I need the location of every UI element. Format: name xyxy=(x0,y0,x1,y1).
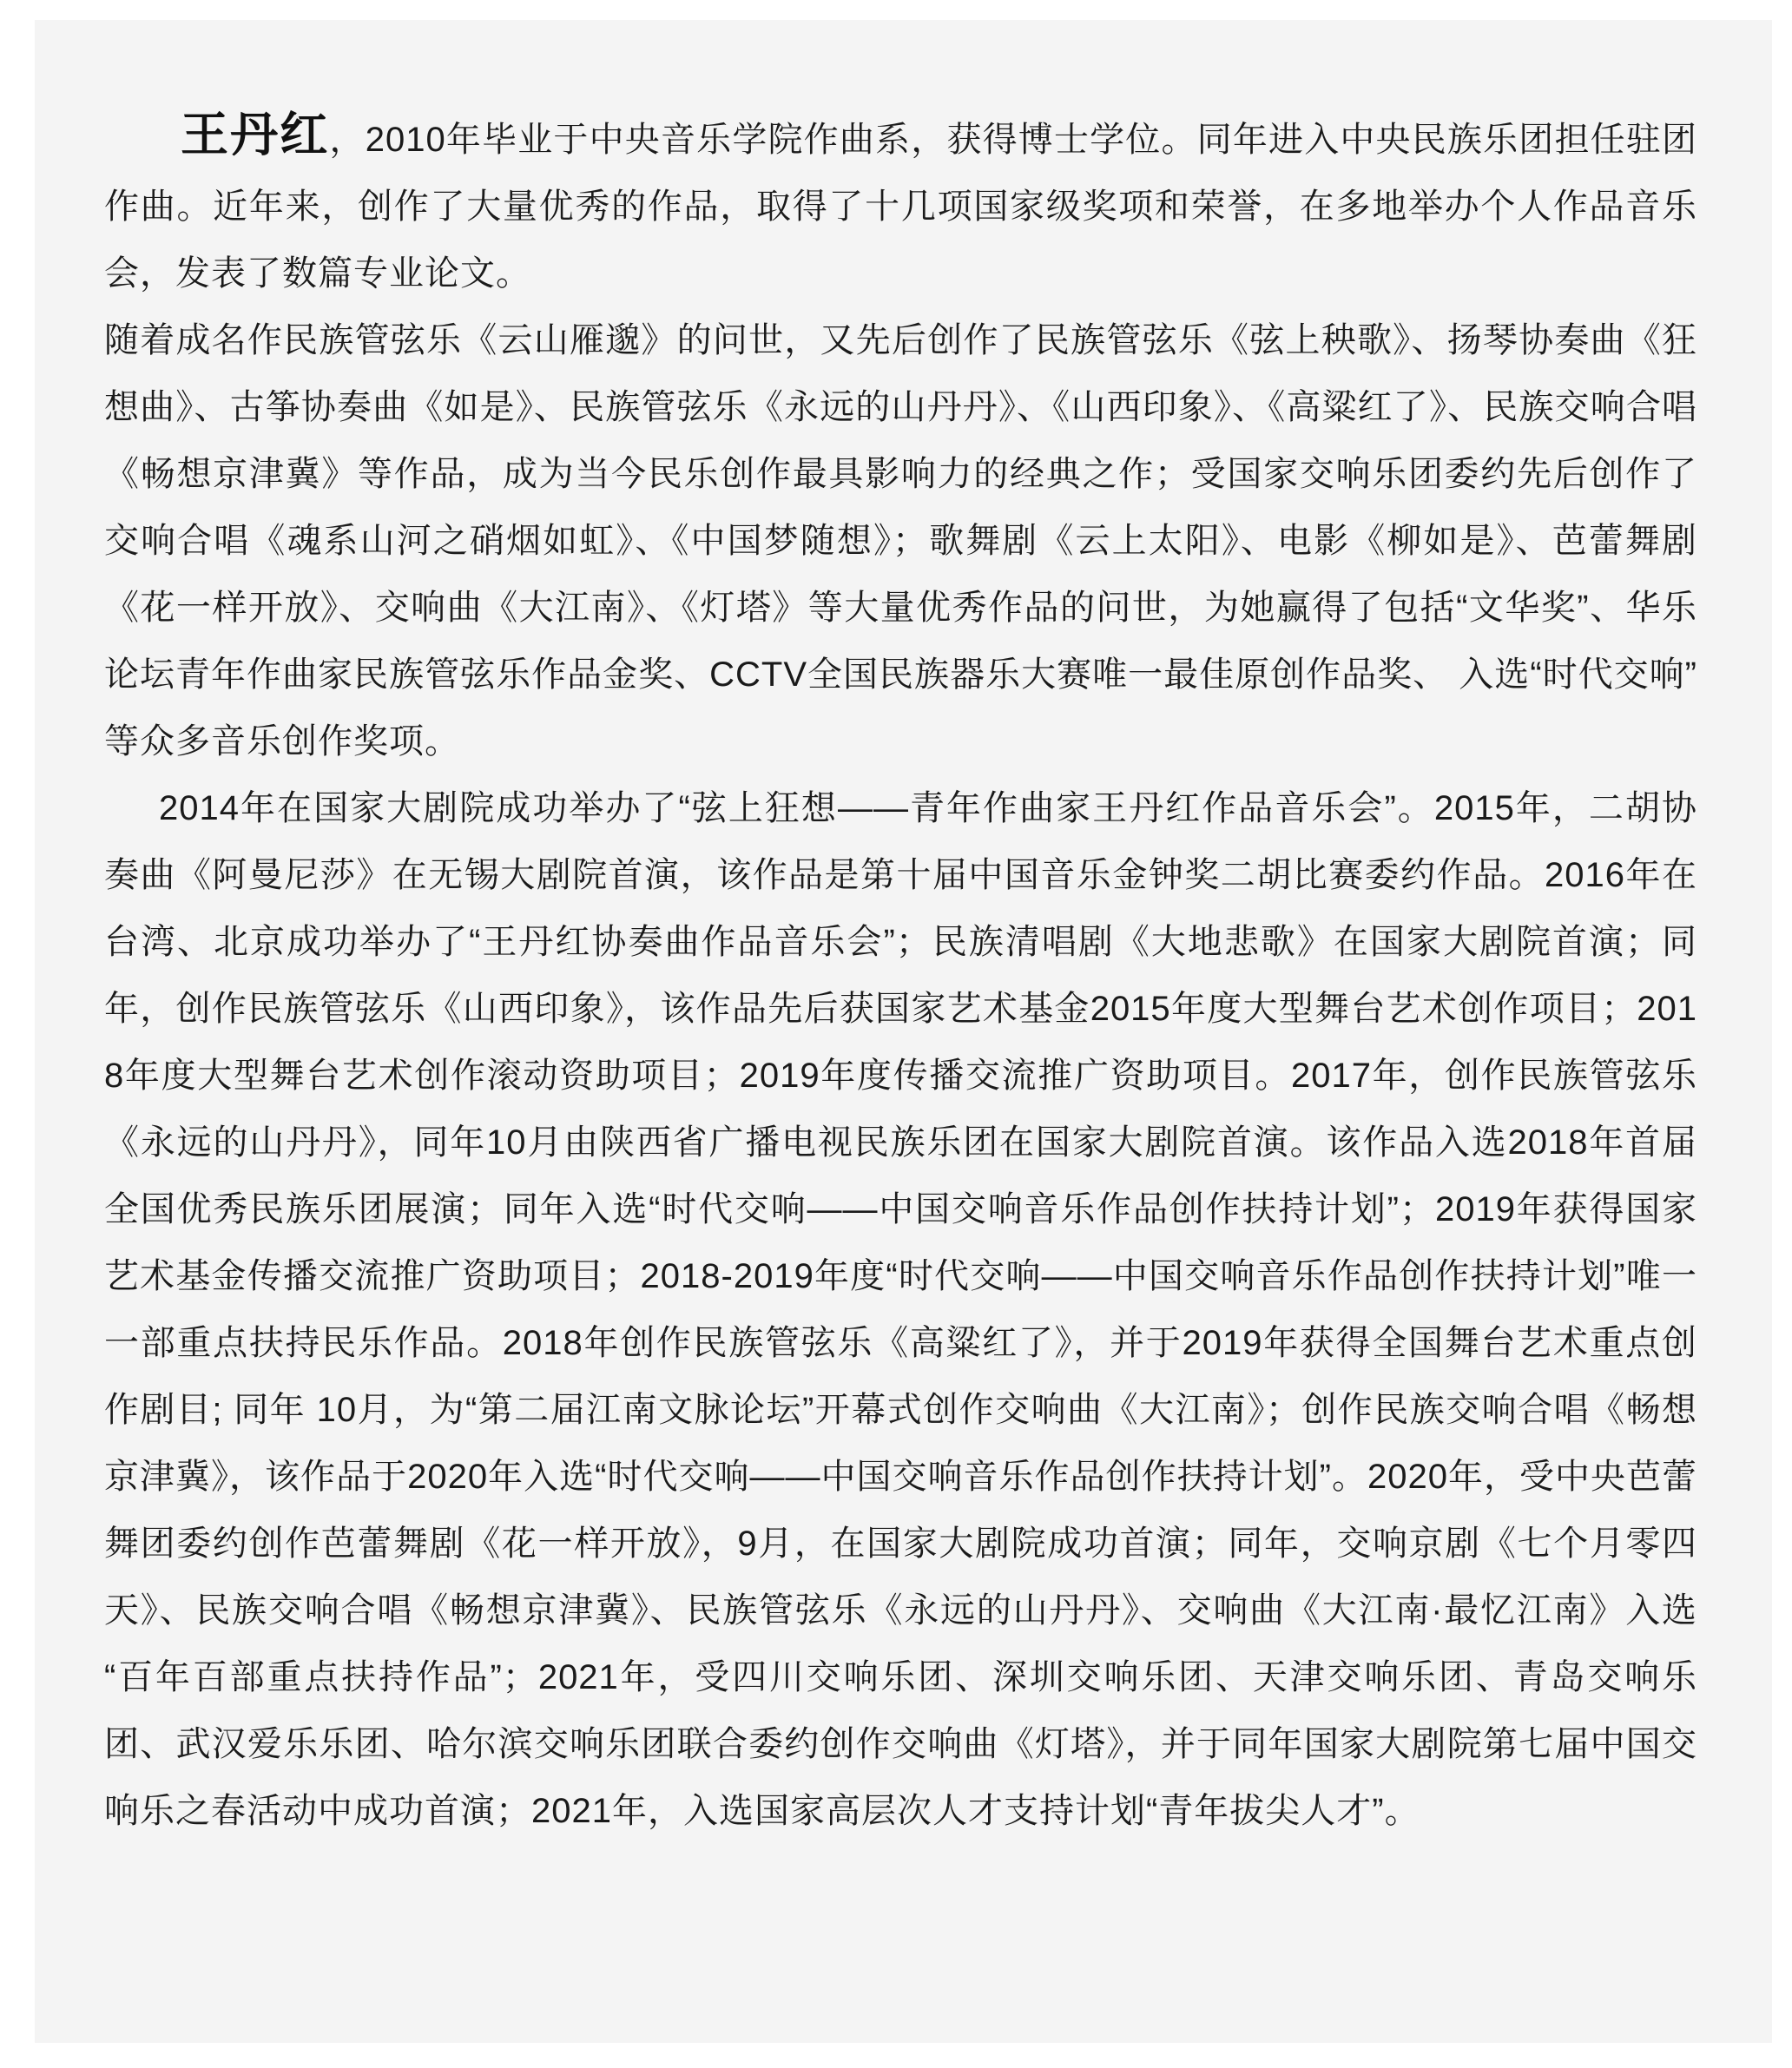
person-name: 王丹红 xyxy=(181,108,330,161)
bio-paragraph-intro: 王丹红，2010年毕业于中央音乐学院作曲系，获得博士学位。同年进入中央民族乐团担… xyxy=(104,102,1697,307)
bio-paragraph-works: 随着成名作民族管弦乐《云山雁邈》的问世，又先后创作了民族管弦乐《弦上秧歌》、扬琴… xyxy=(104,307,1697,775)
page: { "colors": { "page_background": "#fffff… xyxy=(0,0,1792,2068)
bio-paragraph-timeline: 2014年在国家大剧院成功举办了“弦上狂想——青年作曲家王丹红作品音乐会”。20… xyxy=(104,775,1697,1845)
document-card: 王丹红，2010年毕业于中央音乐学院作曲系，获得博士学位。同年进入中央民族乐团担… xyxy=(35,20,1772,2043)
bio-intro-text: ，2010年毕业于中央音乐学院作曲系，获得博士学位。同年进入中央民族乐团担任驻团… xyxy=(104,121,1697,293)
